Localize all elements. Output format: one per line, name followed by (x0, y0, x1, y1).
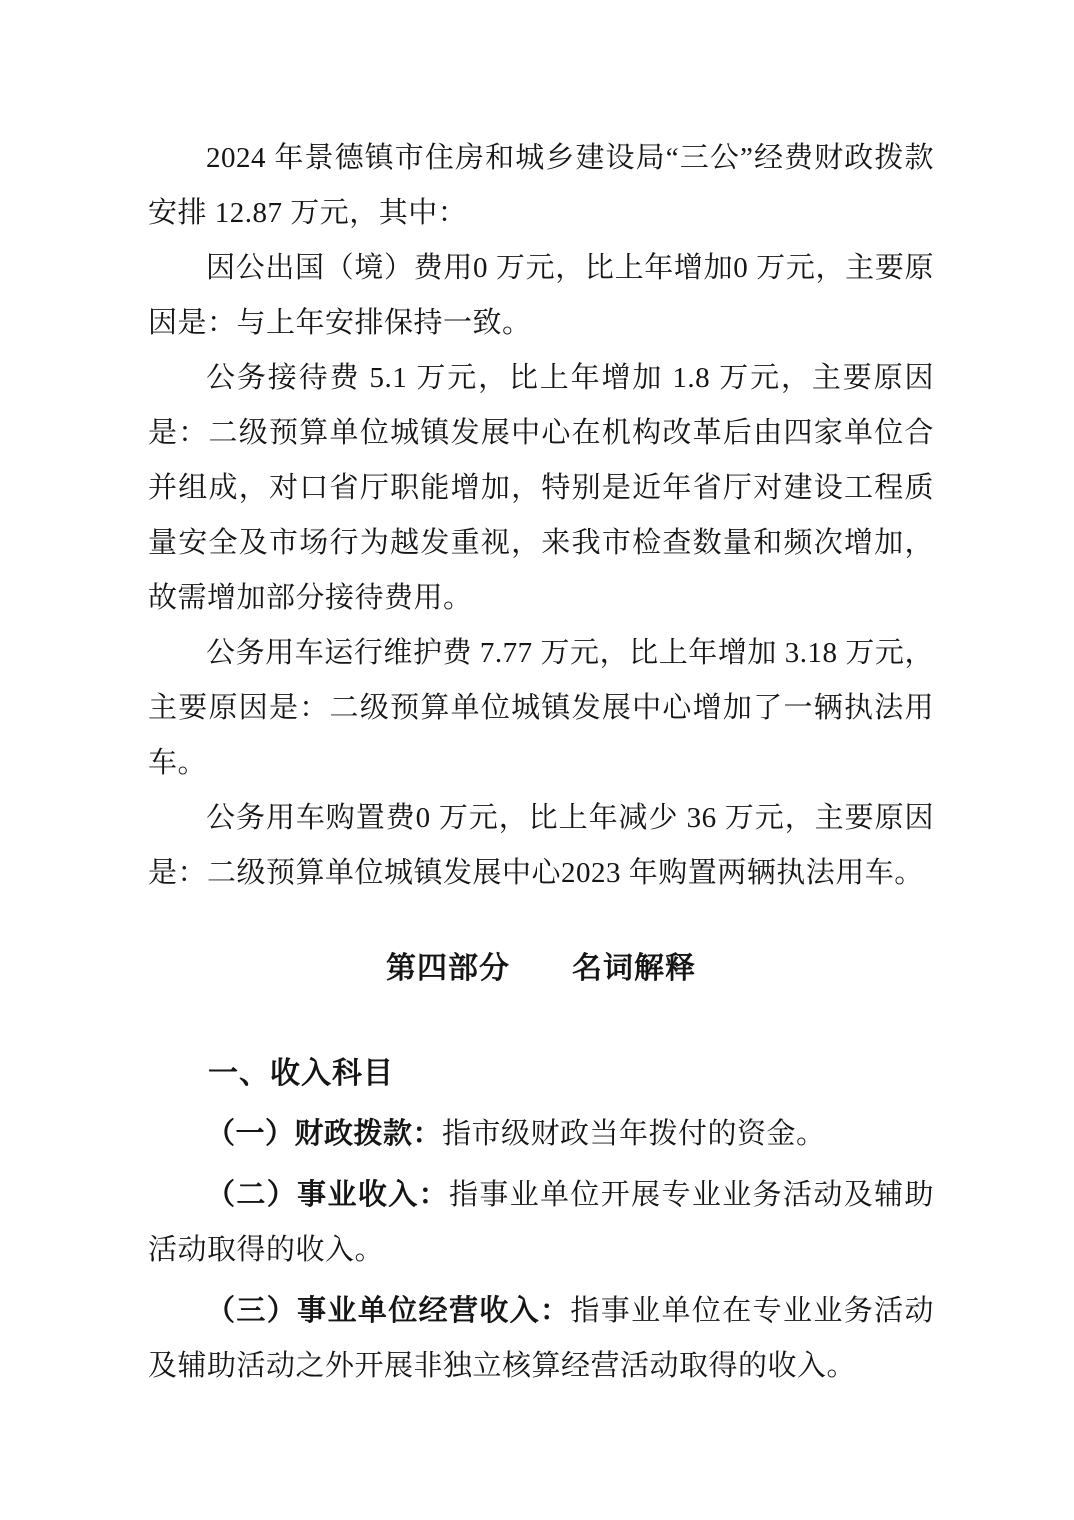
document-page: 2024 年景德镇市住房和城乡建设局“三公”经费财政拨款安排 12.87 万元，… (0, 0, 1074, 1520)
definition-item-business-income: （二）事业收入：指事业单位开展专业业务活动及辅助活动取得的收入。 (148, 1168, 934, 1278)
section-heading-part-four: 第四部分 名词解释 (148, 941, 934, 996)
definition-term: （一）财政拨款： (206, 1118, 442, 1150)
body-paragraph-vehicle-purchase: 公务用车购置费0 万元，比上年减少 36 万元，主要原因是：二级预算单位城镇发展… (148, 791, 934, 901)
definition-description: 指市级财政当年拨付的资金。 (442, 1118, 826, 1150)
definition-term: （三）事业单位经营收入： (206, 1295, 570, 1327)
definition-item-operating-income: （三）事业单位经营收入：指事业单位在专业业务活动及辅助活动之外开展非独立核算经营… (148, 1284, 934, 1394)
body-paragraph-vehicle-maintenance: 公务用车运行维护费 7.77 万元，比上年增加 3.18 万元，主要原因是：二级… (148, 626, 934, 791)
text-block: 2024 年景德镇市住房和城乡建设局“三公”经费财政拨款安排 12.87 万元，… (148, 0, 934, 1394)
body-paragraph-abroad-expense: 因公出国（境）费用0 万元，比上年增加0 万元，主要原因是：与上年安排保持一致。 (148, 241, 934, 351)
body-paragraph-reception-expense: 公务接待费 5.1 万元，比上年增加 1.8 万元，主要原因是：二级预算单位城镇… (148, 351, 934, 626)
body-paragraph-overview: 2024 年景德镇市住房和城乡建设局“三公”经费财政拨款安排 12.87 万元，… (148, 131, 934, 241)
subsection-heading-income-items: 一、收入科目 (148, 1046, 934, 1101)
definition-term: （二）事业收入： (206, 1179, 449, 1211)
definition-item-fiscal-appropriation: （一）财政拨款：指市级财政当年拨付的资金。 (148, 1107, 934, 1162)
